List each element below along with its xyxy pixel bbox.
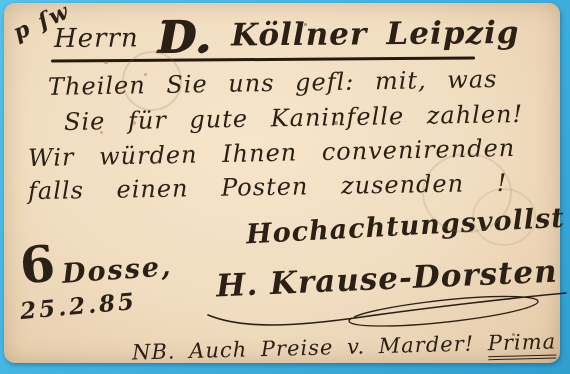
red-ink-speck [144, 73, 147, 76]
address-salutation: Herrn [54, 23, 139, 54]
place-name: Dosse, [61, 251, 173, 290]
postscript-text: Auch Preise v. Marder! [189, 332, 475, 363]
faint-embossed-ring-small [472, 188, 536, 246]
place-number: 6 [17, 233, 58, 295]
address-city: Leipzig [386, 15, 519, 52]
red-ink-speck [120, 91, 123, 94]
dust-speck [512, 333, 515, 336]
address-underline-stroke [51, 57, 475, 63]
handwriting-line-2: Sie für gute Kaninfelle zahlen! [64, 100, 524, 136]
dust-speck [334, 121, 338, 125]
postscript-prefix: NB. [132, 339, 176, 364]
faint-postmark-ring [122, 51, 182, 111]
red-ink-speck [104, 61, 108, 64]
postcard: p ſw Herrn D. Köllner Leipzig Theilen Si… [4, 3, 560, 363]
scanned-postcard-image: { "postcard": { "corner_note": "p ſw", "… [0, 0, 570, 374]
address-line: Herrn D. Köllner Leipzig [54, 15, 520, 55]
red-ink-speck [100, 131, 103, 134]
handwriting-line-1: Theilen Sie uns gefl: mit, was [48, 65, 498, 101]
dust-speck [304, 23, 307, 26]
postscript-line: NB. Auch Preise v. Marder! Prima [132, 329, 557, 364]
signature-flourish-stroke [202, 285, 570, 331]
address-name: Köllner [231, 16, 367, 53]
red-ink-speck [132, 121, 136, 125]
postscript-emphasis: Prima [487, 329, 556, 360]
